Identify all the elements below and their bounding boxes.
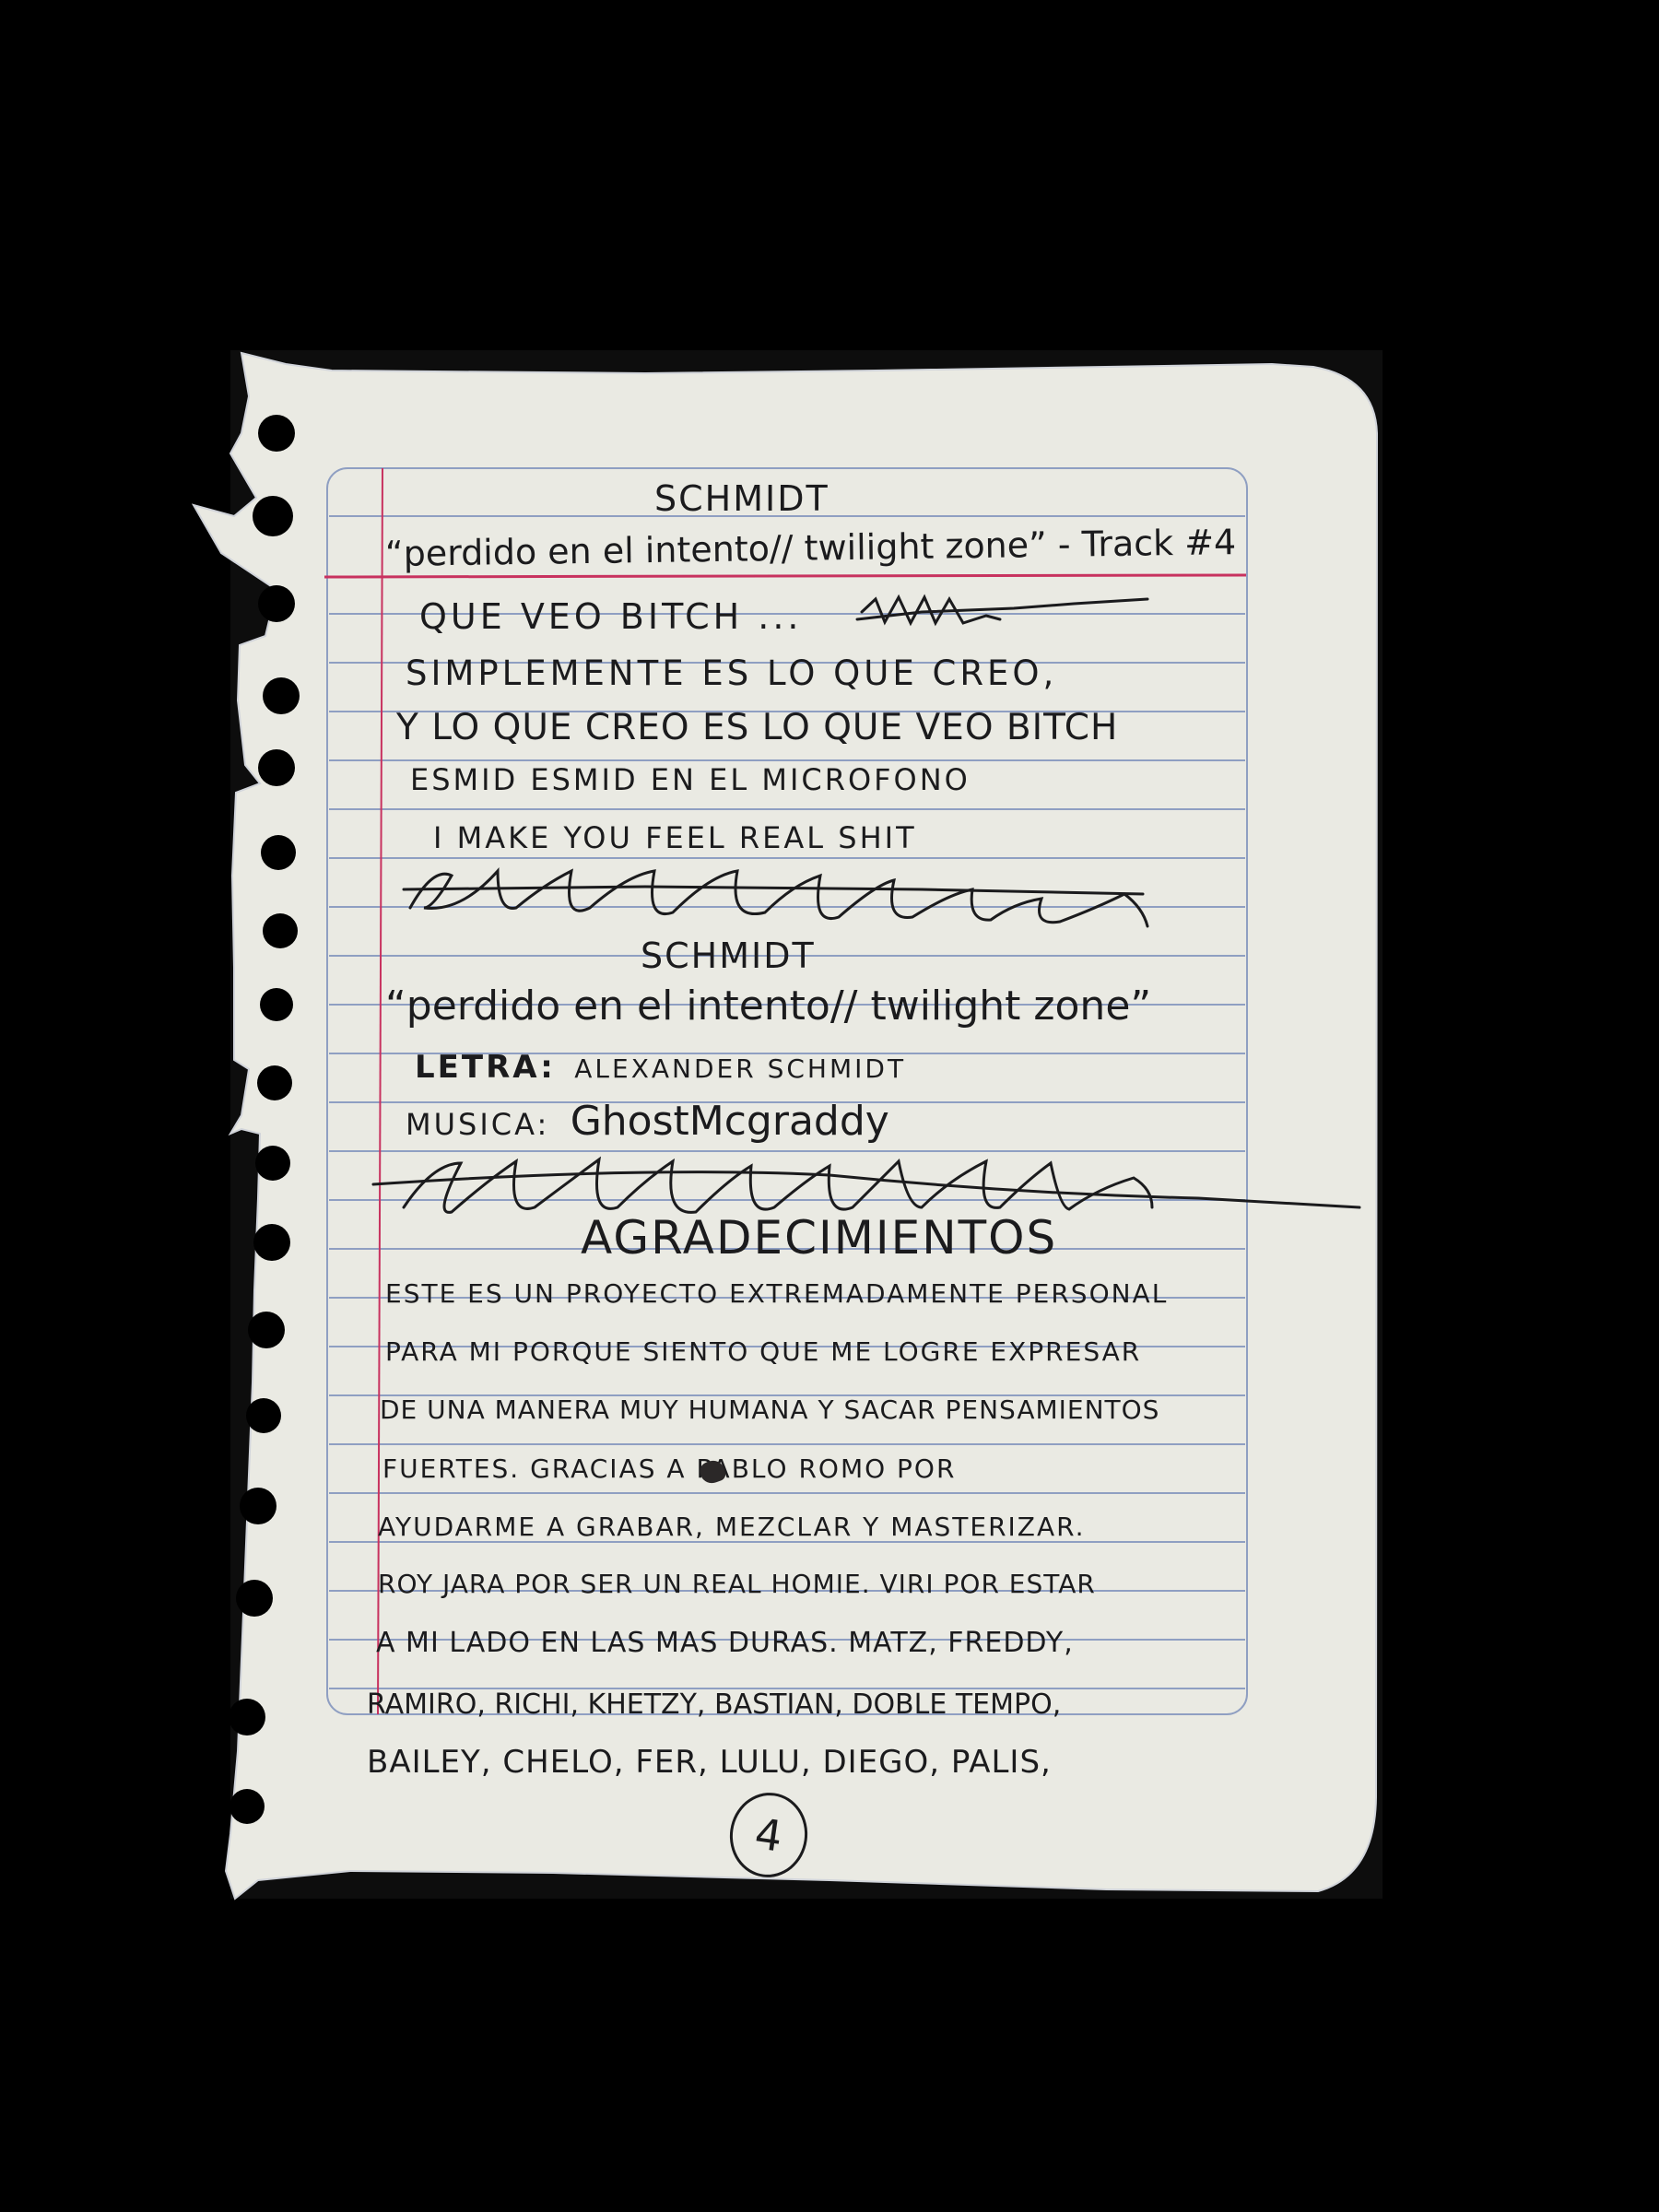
ack-line-1: ESTE ES UN PROYECTO EXTREMADAMENTE PERSO… bbox=[385, 1281, 1168, 1307]
ack-line-4: FUERTES. GRACIAS A PABLO ROMO POR bbox=[382, 1456, 956, 1482]
credits-artist: SCHMIDT bbox=[641, 938, 816, 973]
page-number: 4 bbox=[752, 1808, 786, 1862]
ack-line-6: ROY JARA POR SER UN REAL HOMIE. VIRI POR… bbox=[378, 1571, 1096, 1597]
credits-title: “perdido en el intento// twilight zone” bbox=[385, 986, 1151, 1027]
lyric-line-2: SIMPLEMENTE ES LO QUE CREO, bbox=[406, 656, 1057, 690]
musica-value: GhostMcgraddy bbox=[571, 1098, 889, 1145]
acknowledgements-heading: AGRADECIMIENTOS bbox=[581, 1215, 1057, 1261]
ack-line-7: A MI LADO EN LAS MAS DURAS. MATZ, FREDDY… bbox=[376, 1630, 1074, 1657]
ack-line-5: AYUDARME A GRABAR, MEZCLAR Y MASTERIZAR. bbox=[378, 1514, 1085, 1540]
musica-row: MUSICA: GhostMcgraddy bbox=[406, 1101, 889, 1142]
letra-label: LETRA: bbox=[415, 1049, 556, 1086]
ack-line-9: BAILEY, CHELO, FER, LULU, DIEGO, PALIS, bbox=[367, 1747, 1052, 1778]
lyric-line-1: QUE VEO BITCH ... bbox=[419, 599, 803, 634]
lyric-line-4: ESMID ESMID EN EL MICROFONO bbox=[410, 765, 971, 794]
lyric-line-3: Y LO QUE CREO ES LO QUE VEO BITCH bbox=[396, 710, 1118, 746]
letra-value: ALEXANDER SCHMIDT bbox=[574, 1053, 906, 1084]
ack-line-3: DE UNA MANERA MUY HUMANA Y SACAR PENSAMI… bbox=[380, 1397, 1159, 1423]
musica-label: MUSICA: bbox=[406, 1107, 549, 1142]
ack-line-2: PARA MI PORQUE SIENTO QUE ME LOGRE EXPRE… bbox=[385, 1339, 1141, 1365]
lyric-line-5: I MAKE YOU FEEL REAL SHIT bbox=[433, 823, 917, 853]
header-artist: SCHMIDT bbox=[654, 481, 829, 516]
header-red-line bbox=[324, 575, 1246, 577]
ack-line-8: RAMIRO, RICHI, KHETZY, BASTIAN, DOBLE TE… bbox=[367, 1691, 1061, 1719]
letra-row: LETRA: ALEXANDER SCHMIDT bbox=[415, 1051, 906, 1084]
